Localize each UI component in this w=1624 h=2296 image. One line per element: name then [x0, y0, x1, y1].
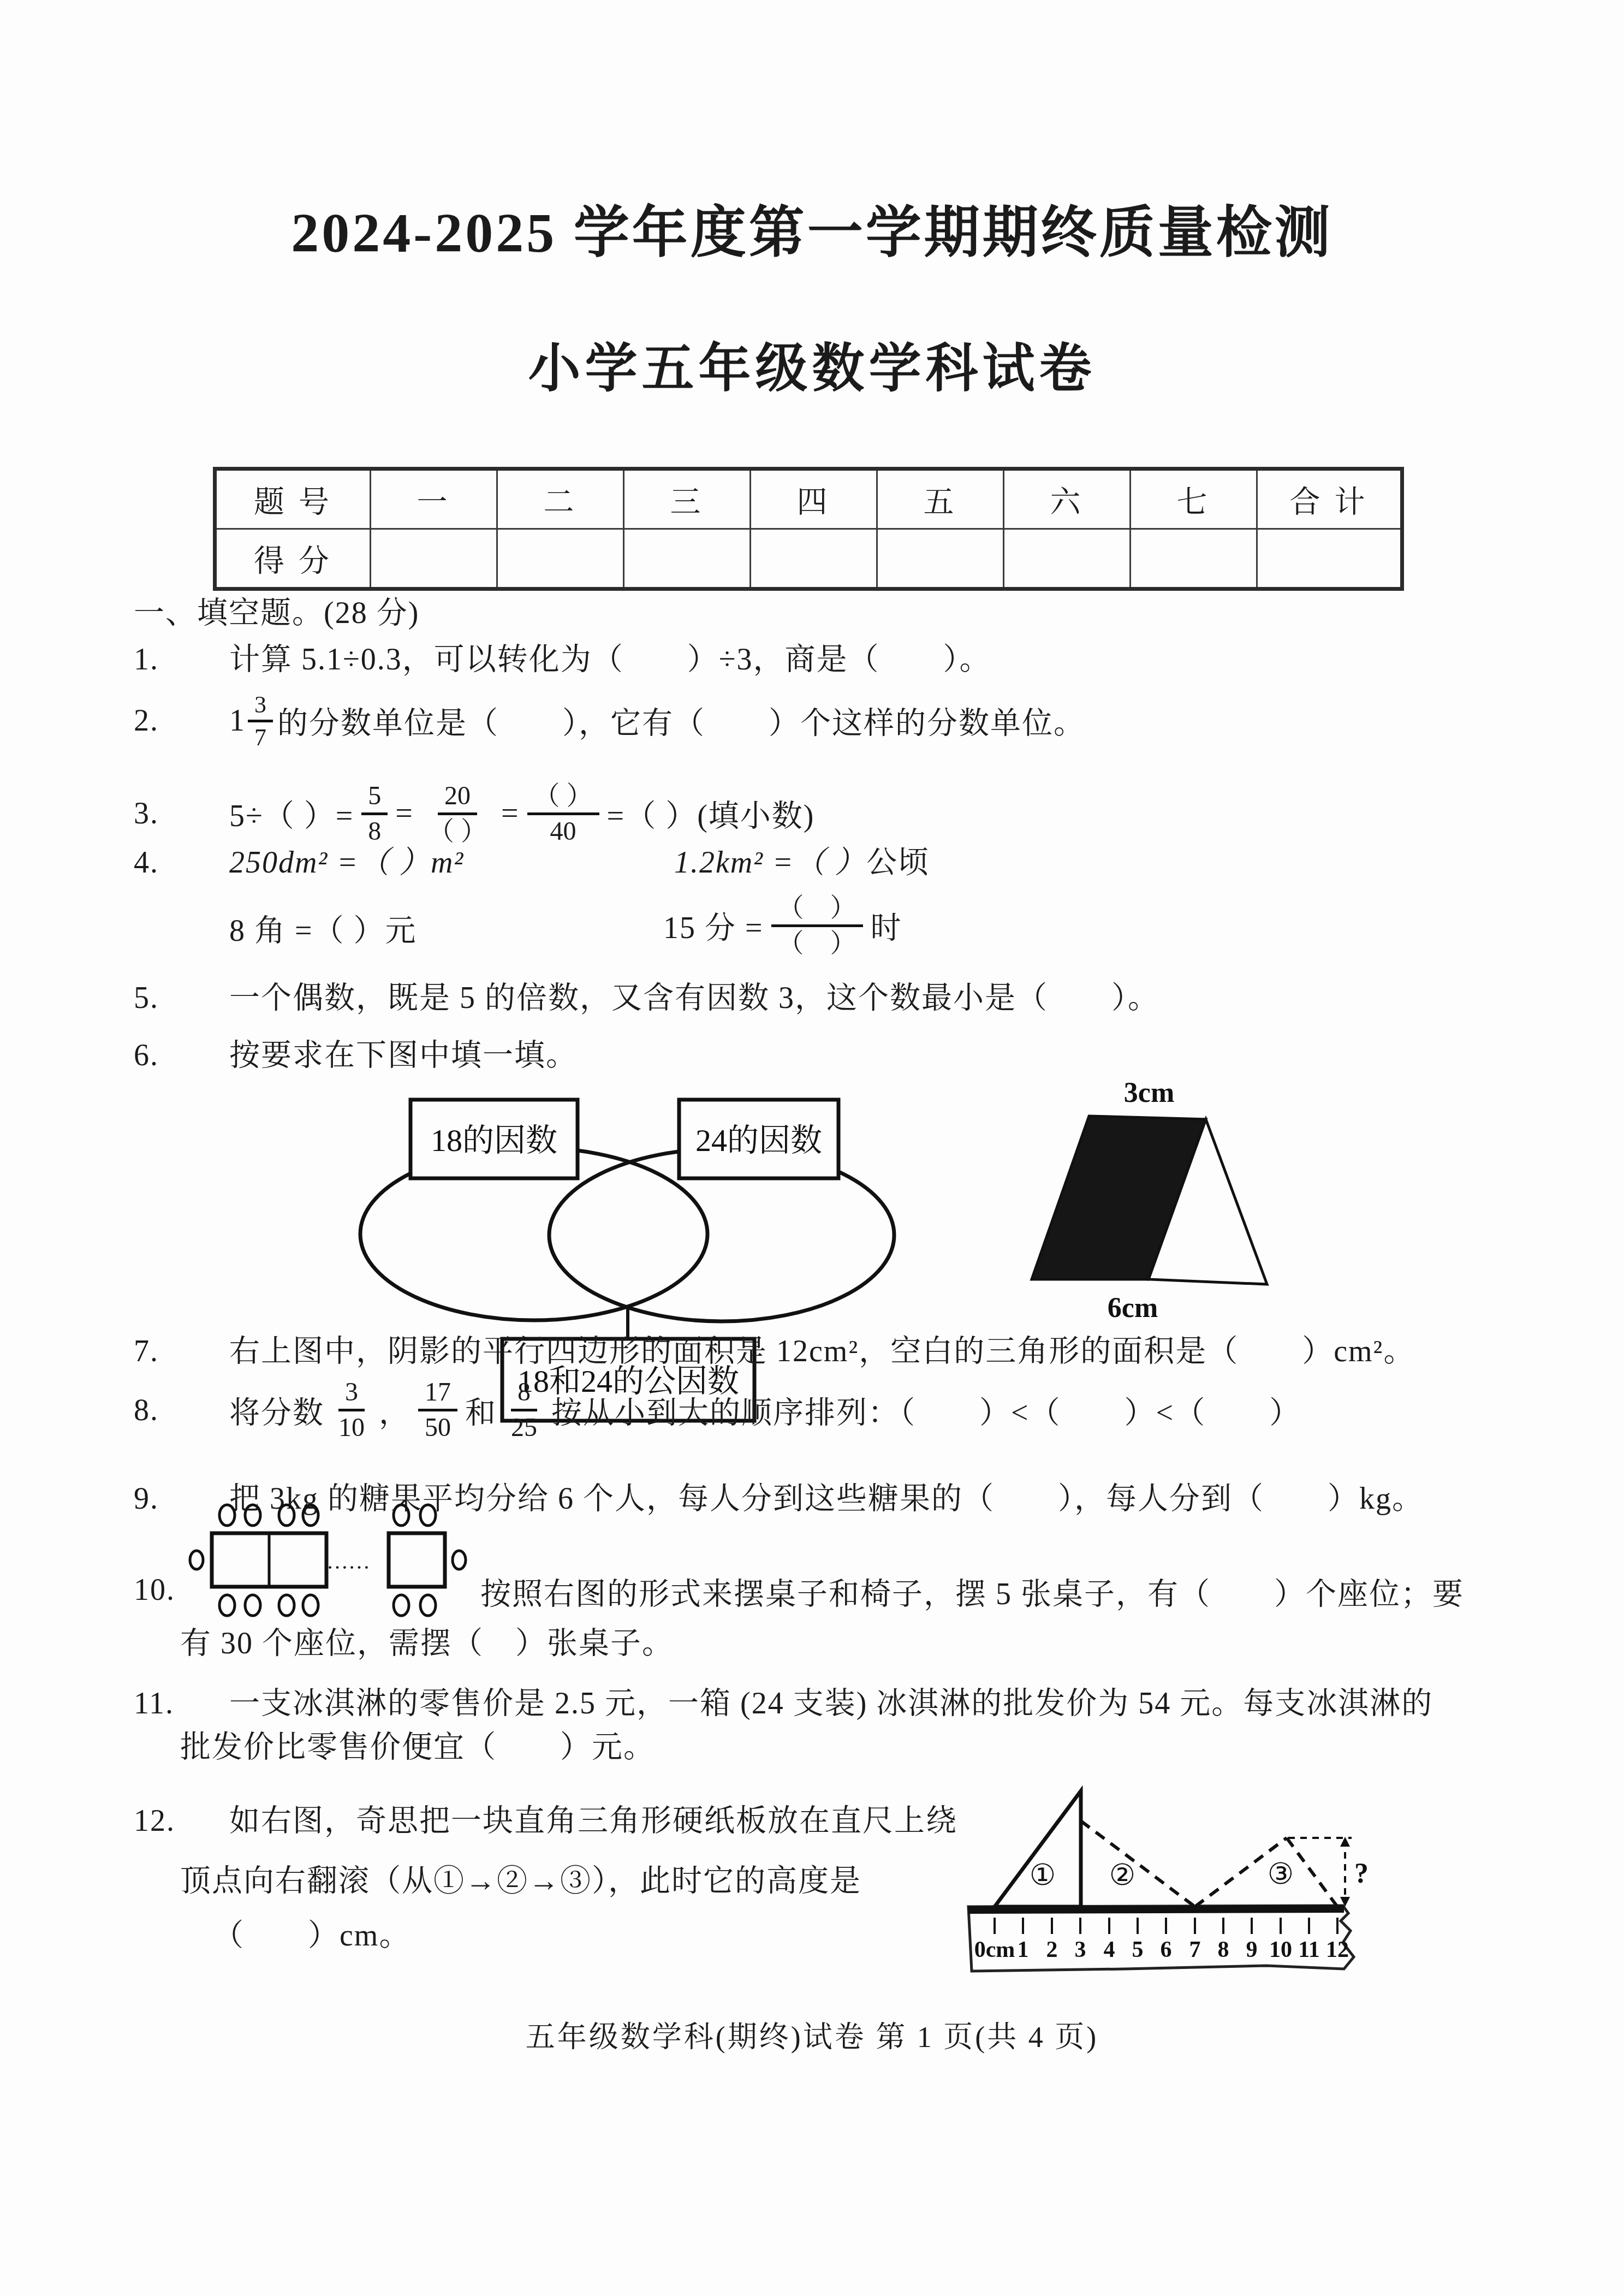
mixed-number: 1 3 7 — [229, 690, 277, 752]
ruler-number: 1 — [1018, 1937, 1029, 1962]
page-footer: 五年级数学科(期终)试卷 第 1 页(共 4 页) — [0, 2014, 1624, 2056]
score-table-header-cell: 合 计 — [1257, 469, 1402, 529]
question-4-part-b-unit: 公顷 — [866, 846, 930, 880]
ruler-number: 11 — [1298, 1937, 1320, 1962]
chair-icon — [420, 1505, 436, 1526]
question-1: 1.计算 5.1÷0.3，可以转化为（ ）÷3，商是（ ）。 — [134, 635, 991, 679]
question-2-text: 的分数单位是（ ），它有（ ）个这样的分数单位。 — [277, 699, 1085, 743]
score-table-header-cell: 一 — [371, 469, 497, 529]
question-12-number: 12. — [134, 1803, 229, 1838]
question-3-number: 3. — [134, 796, 229, 831]
fraction-numerator: 5 — [361, 780, 388, 815]
question-4-number: 4. — [134, 845, 229, 880]
question-4-part-c: 8 角 =（ ）元 — [229, 906, 417, 950]
score-empty-cell — [751, 529, 877, 589]
single-table — [389, 1533, 445, 1587]
chair-icon — [279, 1505, 294, 1526]
chair-icon — [279, 1595, 294, 1616]
score-table-header-cell: 五 — [877, 469, 1004, 529]
ruler-number: 12 — [1326, 1937, 1349, 1962]
triangle-2-label: ② — [1109, 1859, 1135, 1891]
fraction-blank-blank: （ ） （ ） — [771, 892, 863, 960]
score-table-header-cell: 六 — [1004, 469, 1131, 529]
ruler-number: 4 — [1104, 1937, 1115, 1962]
question-6: 6.按要求在下图中填一填。 — [134, 1031, 578, 1075]
chair-icon — [303, 1595, 318, 1616]
ruler-number: 10 — [1269, 1937, 1292, 1962]
question-11: 11.一支冰淇淋的零售价是 2.5 元，一箱 (24 支装) 冰淇淋的批发价为 … — [134, 1679, 1433, 1723]
venn-left-label: 18的因数 — [431, 1123, 557, 1158]
triangle-2-dashed-hypotenuse — [1081, 1821, 1195, 1907]
question-11-line1: 一支冰淇淋的零售价是 2.5 元，一箱 (24 支装) 冰淇淋的批发价为 54 … — [229, 1687, 1433, 1720]
fraction-denominator: （ ） — [771, 927, 863, 960]
fraction-denominator: 25 — [504, 1411, 544, 1444]
question-8-number: 8. — [134, 1393, 229, 1428]
question-5-number: 5. — [134, 981, 229, 1016]
question-3-tail: (填小数) — [697, 792, 814, 835]
score-table-header-cell: 四 — [751, 469, 877, 529]
question-2-number: 2. — [134, 703, 229, 738]
fraction-8-25: 8 25 — [504, 1376, 544, 1444]
question-10-line1: 按照右图的形式来摆桌子和椅子，摆 5 张桌子，有（ ）个座位；要 — [480, 1570, 1464, 1613]
score-empty-cell — [371, 529, 497, 589]
chair-icon — [219, 1505, 235, 1526]
question-4-part-d: 15 分 = （ ） （ ） 时 — [663, 876, 902, 975]
question-4-line1-right: 1.2km² =（ ）公顷 — [674, 838, 930, 882]
fraction-numerator: 3 — [338, 1376, 365, 1411]
equals-sign: = — [501, 796, 520, 831]
score-empty-cell — [877, 529, 1004, 589]
page-title: 2024-2025 学年度第一学期期终质量检测 — [0, 188, 1624, 268]
fraction-denominator: 7 — [248, 722, 273, 752]
triangle-1-label: ① — [1030, 1859, 1056, 1891]
exam-paper-page: 2024-2025 学年度第一学期期终质量检测 小学五年级数学科试卷 题 号 一… — [0, 0, 1624, 2296]
equals-sign: = — [395, 796, 414, 831]
fraction-17-50: 17 50 — [418, 1376, 457, 1444]
score-label-cell: 得 分 — [215, 529, 371, 589]
question-2: 2. 1 3 7 的分数单位是（ ），它有（ ）个这样的分数单位。 — [134, 674, 1085, 767]
page-subtitle: 小学五年级数学科试卷 — [0, 327, 1624, 401]
question-11-number: 11. — [134, 1686, 229, 1721]
chair-icon — [219, 1595, 235, 1616]
trapezoid-figure: 3cm 6cm — [1015, 1070, 1277, 1327]
question-3-equals-blank: =（ ） — [607, 792, 698, 835]
question-12-line2: 顶点向右翻滚（从①→②→③），此时它的高度是 — [180, 1856, 861, 1900]
mixed-number-whole: 1 — [229, 703, 246, 738]
ellipsis-dots: …… — [326, 1549, 370, 1574]
score-table-header-cell: 题 号 — [215, 469, 371, 529]
chair-icon — [420, 1595, 436, 1616]
ruler-number: 0cm — [974, 1937, 1015, 1962]
question-12-line1: 如右图，奇思把一块直角三角形硬纸板放在直尺上绕 — [229, 1804, 957, 1838]
fraction-blank-40: （ ） 40 — [527, 780, 599, 848]
ruler-number: 5 — [1132, 1937, 1144, 1962]
fraction-numerator: （ ） — [527, 780, 599, 815]
score-table-header-cell: 二 — [497, 469, 624, 529]
tables-chairs-figure: …… — [186, 1499, 469, 1622]
triangle-3-label: ③ — [1268, 1858, 1294, 1890]
question-12: 12.如右图，奇思把一块直角三角形硬纸板放在直尺上绕 — [134, 1796, 957, 1840]
question-4-part-b: 1.2km² =（ ） — [674, 846, 866, 880]
question-6-text: 按要求在下图中填一填。 — [229, 1039, 578, 1072]
fraction-numerator: 3 — [248, 690, 273, 722]
ruler-top-edge — [968, 1909, 1344, 1910]
question-mark-label: ? — [1354, 1858, 1369, 1889]
section-1-heading: 一、填空题。(28 分) — [134, 589, 419, 632]
score-table-header-cell: 三 — [624, 469, 751, 529]
question-4-part-d-lead: 15 分 = — [663, 904, 764, 947]
ruler-number: 7 — [1189, 1937, 1201, 1962]
question-1-number: 1. — [134, 642, 229, 677]
fraction-denominator: 50 — [418, 1411, 457, 1444]
fraction-3-7: 3 7 — [248, 690, 273, 752]
chair-icon — [190, 1551, 203, 1569]
fraction-numerator: 20 — [438, 780, 477, 815]
chair-icon — [303, 1505, 318, 1526]
separator-comma: ， — [379, 1389, 411, 1432]
score-empty-cell — [497, 529, 624, 589]
score-empty-cell — [1004, 529, 1131, 589]
chair-icon — [394, 1595, 409, 1616]
fraction-numerator: （ ） — [771, 892, 863, 927]
fraction-20-blank: 20 （ ） — [421, 780, 493, 848]
question-4-line1-left: 4.250dm² =（ ）m² — [134, 838, 464, 882]
ruler-number: 6 — [1161, 1937, 1172, 1962]
chair-icon — [245, 1505, 260, 1526]
score-empty-cell — [1257, 529, 1402, 589]
question-4-part-d-unit: 时 — [871, 904, 902, 947]
score-table: 题 号 一 二 三 四 五 六 七 合 计 得 分 — [213, 467, 1404, 591]
chair-icon — [245, 1595, 260, 1616]
question-12-line3: （ ）cm。 — [213, 1911, 411, 1955]
score-table-score-row: 得 分 — [215, 529, 1402, 589]
score-table-header-cell: 七 — [1131, 469, 1257, 529]
fraction-3-10: 3 10 — [332, 1376, 371, 1444]
trapezoid-top-label: 3cm — [1124, 1077, 1174, 1108]
ruler-number: 8 — [1218, 1937, 1229, 1962]
ruler-number: 3 — [1075, 1937, 1086, 1962]
score-empty-cell — [1131, 529, 1257, 589]
separator-and: 和 — [465, 1389, 497, 1432]
fraction-5-8: 5 8 — [361, 780, 388, 848]
question-6-number: 6. — [134, 1038, 229, 1073]
question-5: 5.一个偶数，既是 5 的倍数，又含有因数 3，这个数最小是（ ）。 — [134, 974, 1159, 1017]
question-1-text: 计算 5.1÷0.3，可以转化为（ ）÷3，商是（ ）。 — [229, 643, 991, 677]
question-4-part-a: 250dm² =（ ）m² — [229, 846, 464, 880]
triangle-3-dashed-right-side — [1287, 1838, 1337, 1907]
trapezoid-bottom-label: 6cm — [1108, 1292, 1158, 1324]
question-10-number: 10. — [134, 1573, 175, 1607]
chair-icon — [453, 1551, 466, 1569]
question-8: 8. 将分数 3 10 ， 17 50 和 8 25 按从小到大的顺序排列：（ … — [134, 1351, 1301, 1469]
question-8-lead: 将分数 — [229, 1389, 324, 1432]
question-11-line2: 批发价比零售价便宜（ ）元。 — [180, 1723, 655, 1766]
venn-right-label: 24的因数 — [695, 1123, 822, 1158]
fraction-denominator: 10 — [332, 1411, 371, 1444]
fraction-denominator: 40 — [544, 815, 583, 848]
question-8-tail: 按从小到大的顺序排列：（ ）<（ ）<（ ） — [551, 1389, 1301, 1432]
question-5-text: 一个偶数，既是 5 的倍数，又含有因数 3，这个数最小是（ ）。 — [229, 981, 1159, 1015]
chair-icon — [394, 1505, 409, 1526]
score-empty-cell — [624, 529, 751, 589]
fraction-numerator: 17 — [418, 1376, 457, 1411]
ruler-number: 9 — [1246, 1937, 1258, 1962]
ruler-number: 2 — [1046, 1937, 1058, 1962]
score-table-header-row: 题 号 一 二 三 四 五 六 七 合 计 — [215, 469, 1402, 529]
ruler-triangles-figure: 0cm 1 2 3 4 5 6 7 8 9 10 11 12 ① ② ③ ? — [961, 1769, 1381, 1982]
fraction-numerator: 8 — [511, 1376, 537, 1411]
question-3-lead: 5÷（ ）= — [229, 792, 354, 835]
question-10-line2: 有 30 个座位，需摆（ ）张桌子。 — [180, 1619, 674, 1663]
